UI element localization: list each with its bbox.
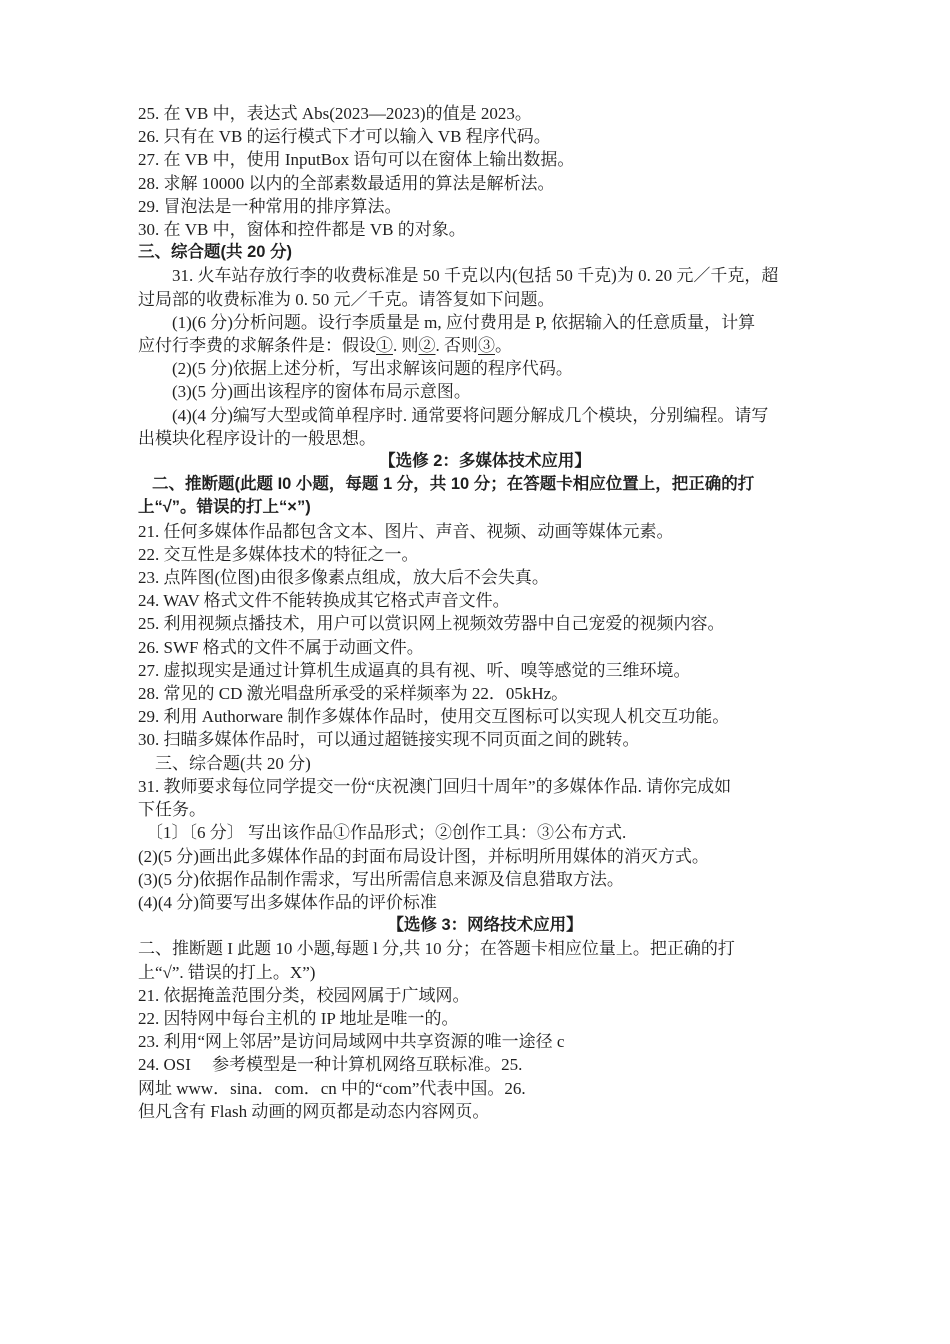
text-line: 29. 冒泡法是一种常用的排序算法。 [138,195,832,218]
text-line: 二、推断题(此题 I0 小题，每题 1 分，共 10 分；在答题卡相应位置上，把… [138,473,832,496]
text-run: . 则 [393,336,419,355]
text-line: (4)(4 分)编写大型或简单程序时. 通常要将问题分解成几个模块，分别编程。请… [138,404,832,427]
exam-paper-page: 25. 在 VB 中，表达式 Abs(2023—2023)的值是 2023。26… [0,0,950,1344]
text-line: (3)(5 分)画出该程序的窗体布局示意图。 [138,380,832,403]
underlined-blank: ③ [478,336,495,355]
text-line: 出模块化程序设计的一般思想。 [138,427,832,450]
text-line: (2)(5 分)依据上述分析，写出求解该问题的程序代码。 [138,357,832,380]
text-line: 30. 在 VB 中，窗体和控件都是 VB 的对象。 [138,218,832,241]
text-line: 29. 利用 Authorware 制作多媒体作品时，使用交互图标可以实现人机交… [138,705,832,728]
text-line: 26. 只有在 VB 的运行模式下才可以输入 VB 程序代码。 [138,125,832,148]
text-line: 网址 www．sina．com．cn 中的“com”代表中国。26. [138,1077,832,1100]
text-line: 二、推断题 I 此题 10 小题,每题 l 分,共 10 分；在答题卡相应位量上… [138,937,832,960]
text-line: 【选修 3：网络技术应用】 [138,914,832,937]
text-line: 〔1〕〔6 分〕 写出该作品①作品形式；②创作工具：③公布方式. [138,821,832,844]
text-line: 24. OSI 参考模型是一种计算机网络互联标准。25. [138,1053,832,1076]
text-line: 28. 常见的 CD 激光唱盘所承受的采样频率为 22．05kHz。 [138,682,832,705]
text-line: 23. 点阵图(位图)由很多像素点组成，放大后不会失真。 [138,566,832,589]
text-run: . 否则 [436,336,479,355]
text-line: 过局部的收费标准为 0. 50 元／千克。请答复如下问题。 [138,288,832,311]
text-run: 。 [495,336,512,355]
text-line: 25. 在 VB 中，表达式 Abs(2023—2023)的值是 2023。 [138,102,832,125]
text-line: 【选修 2：多媒体技术应用】 [138,450,832,473]
text-line: 31. 火车站存放行李的收费标准是 50 千克以内(包括 50 千克)为 0. … [138,264,832,287]
text-line: 但凡含有 Flash 动画的网页都是动态内容网页。 [138,1100,832,1123]
text-line: 下任务。 [138,798,832,821]
text-line: 25. 利用视频点播技术，用户可以赏识网上视频效劳器中自己宠爱的视频内容。 [138,612,832,635]
text-line: 30. 扫瞄多媒体作品时，可以通过超链接实现不同页面之间的跳转。 [138,728,832,751]
underlined-blank: ② [419,336,436,355]
text-line: 三、综合题(共 20 分) [138,241,832,264]
text-line: 31. 教师要求每位同学提交一份“庆祝澳门回归十周年”的多媒体作品. 请你完成如 [138,775,832,798]
text-line: 21. 依据掩盖范围分类，校园网属于广域网。 [138,984,832,1007]
text-line: 28. 求解 10000 以内的全部素数最适用的算法是解析法。 [138,172,832,195]
text-line: (2)(5 分)画出此多媒体作品的封面布局设计图，并标明所用媒体的消灭方式。 [138,845,832,868]
text-line: 27. 在 VB 中，使用 InputBox 语句可以在窗体上输出数据。 [138,148,832,171]
text-line: 上“√”. 错误的打上。X”) [138,961,832,984]
text-line: 26. SWF 格式的文件不属于动画文件。 [138,636,832,659]
text-line: 21. 任何多媒体作品都包含文本、图片、声音、视频、动画等媒体元素。 [138,520,832,543]
text-line: 22. 因特网中每台主机的 IP 地址是唯一的。 [138,1007,832,1030]
text-line: (4)(4 分)简要写出多媒体作品的评价标准 [138,891,832,914]
text-line: 上“√”。错误的打上“×”) [138,496,832,519]
text-line: 应付行李费的求解条件是：假设①. 则②. 否则③。 [138,334,832,357]
text-line: 三、综合题(共 20 分) [138,752,832,775]
text-line: (3)(5 分)依据作品制作需求，写出所需信息来源及信息猎取方法。 [138,868,832,891]
document-body: 25. 在 VB 中，表达式 Abs(2023—2023)的值是 2023。26… [138,102,832,1123]
text-line: 27. 虚拟现实是通过计算机生成逼真的具有视、听、嗅等感觉的三维环境。 [138,659,832,682]
text-run: 应付行李费的求解条件是：假设 [138,336,376,355]
underlined-blank: ① [376,336,393,355]
text-line: 22. 交互性是多媒体技术的特征之一。 [138,543,832,566]
text-line: 23. 利用“网上邻居”是访问局域网中共享资源的唯一途径 c [138,1030,832,1053]
text-line: (1)(6 分)分析问题。设行李质量是 m, 应付费用是 P, 依据输入的任意质… [138,311,832,334]
text-line: 24. WAV 格式文件不能转换成其它格式声音文件。 [138,589,832,612]
